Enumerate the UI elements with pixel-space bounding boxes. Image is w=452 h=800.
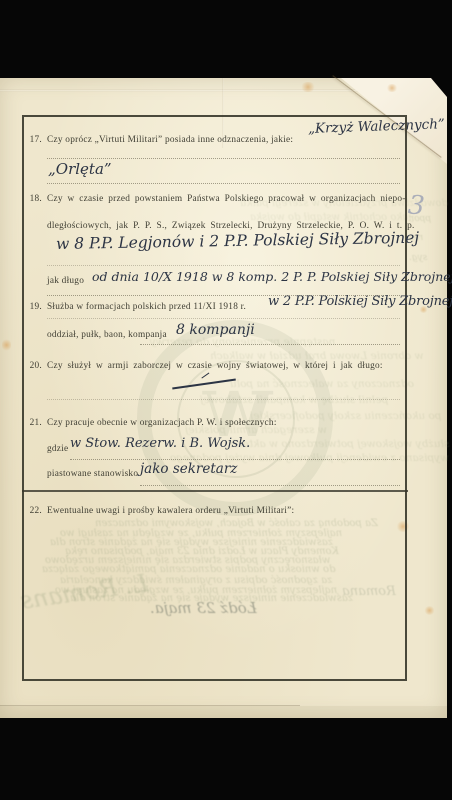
item-18-duration-label: jak długo [47, 276, 84, 286]
foxing-stain [386, 84, 398, 92]
item-20-number: 20. [26, 361, 42, 371]
answer-dotted-line [47, 398, 400, 400]
foxing-stain [2, 338, 11, 352]
answer-dotted-line [140, 484, 400, 486]
answer-dotted-line [70, 458, 400, 460]
item-19-unit-label: oddział, pułk, baon, kompanja [47, 330, 167, 340]
pencil-margin-note: 3 [407, 190, 426, 221]
item-22-question: Ewentualne uwagi i prośby kawalera order… [47, 506, 294, 516]
paper-bottom-shadow [0, 706, 447, 718]
item-19-handwritten-answer: w 2 P.P. Polskiej Siły Zbrojnej [268, 294, 452, 309]
item-18-question-line1: Czy w czasie przed powstaniem Państwa Po… [47, 194, 406, 204]
answer-dotted-line [47, 157, 400, 159]
answer-dotted-line [47, 182, 400, 184]
answer-dotted-line [47, 264, 400, 266]
questionnaire-sheet: W dowództwa przydzielony w szeregi pułku… [0, 78, 447, 718]
item-21-where-label: gdzie [47, 444, 68, 454]
item-17-handwritten-answer-2: „Orlęta” [48, 160, 112, 178]
item-19-number: 19. [26, 302, 42, 312]
item-20-question: Czy służył w armji zaborczej w czasie wo… [47, 361, 383, 371]
answer-dotted-line [47, 317, 400, 319]
item-18-duration-handwritten-answer: od dnia 10/X 1918 w 8 komp. 2 P. P. Pols… [92, 269, 452, 284]
scanned-photo-frame: { "form": { "items": [ { "number": "17."… [0, 0, 452, 800]
item-17-question: Czy oprócz „Virtuti Militari” posiada in… [47, 135, 293, 145]
item-17-number: 17. [26, 135, 42, 145]
item-21-question: Czy pracuje obecnie w organizacjach P. W… [47, 418, 277, 428]
item-21-position-label: piastowane stanowisko [47, 469, 138, 479]
item-18-number: 18. [26, 194, 42, 204]
answer-dotted-line [140, 343, 400, 345]
item-19-question: Służba w formacjach polskich przed 11/XI… [47, 302, 246, 312]
bleedthrough-margin-mark: syg. [409, 253, 427, 263]
section-divider-line [22, 490, 408, 492]
item-19-unit-handwritten-answer: 8 kompanji [176, 322, 255, 338]
foxing-stain [424, 606, 435, 615]
item-21-where-handwritten-answer: w Stow. Rezerw. i B. Wojsk. [70, 436, 250, 451]
item-21-position-handwritten-answer: jako sekretarz [140, 461, 237, 477]
foxing-stain [300, 82, 316, 92]
item-21-number: 21. [26, 418, 42, 428]
item-22-number: 22. [26, 506, 42, 516]
